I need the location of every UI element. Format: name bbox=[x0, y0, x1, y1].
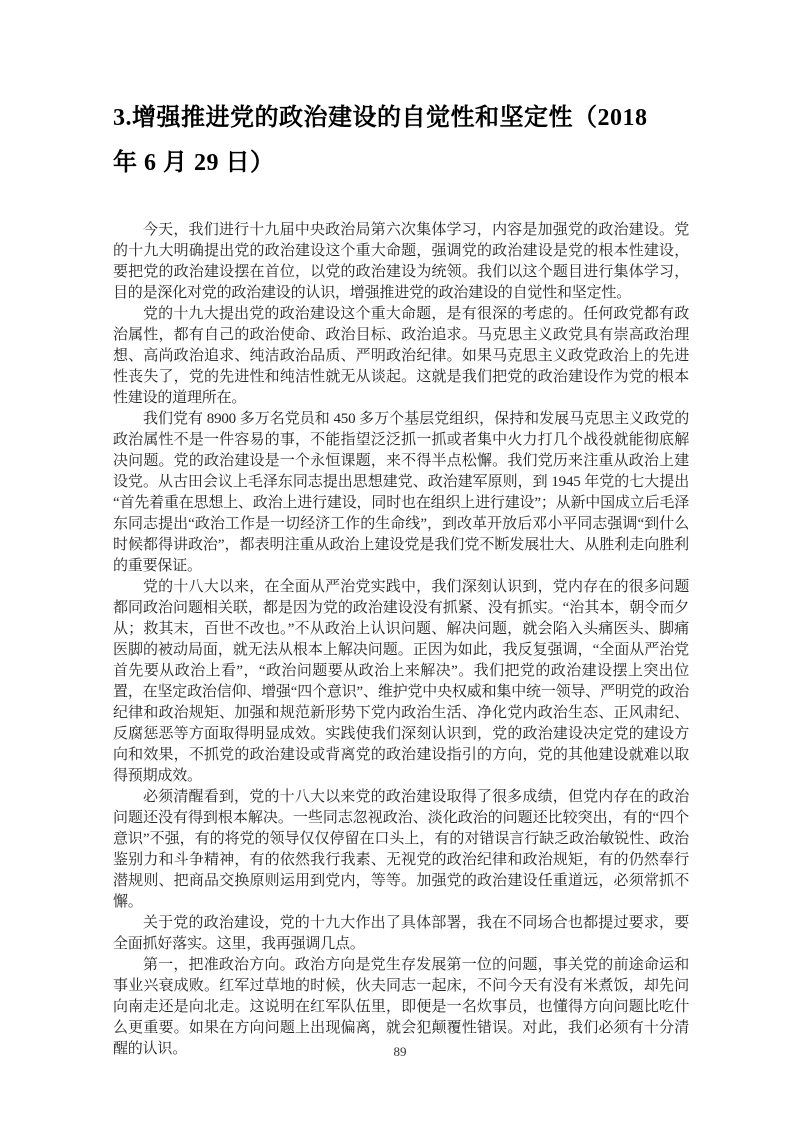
body-paragraph: 今天，我们进行十九届中央政治局第六次集体学习，内容是加强党的政治建设。党的十九大… bbox=[113, 220, 689, 304]
document-title-line2: 年 6 月 29 日） bbox=[113, 141, 689, 186]
page-number: 89 bbox=[0, 1044, 800, 1060]
body-paragraph: 党的十九大提出党的政治建设这个重大命题，是有很深的考虑的。任何政党都有政治属性，… bbox=[113, 304, 689, 409]
body-paragraph: 党的十八大以来，在全面从严治党实践中，我们深刻认识到，党内存在的很多问题都同政治… bbox=[113, 577, 689, 787]
document-body: 今天，我们进行十九届中央政治局第六次集体学习，内容是加强党的政治建设。党的十九大… bbox=[113, 220, 689, 1060]
body-paragraph: 关于党的政治建设，党的十九大作出了具体部署，我在不同场合也都提过要求，要全面抓好… bbox=[113, 913, 689, 955]
body-paragraph: 我们党有 8900 多万名党员和 450 多万个基层党组织，保持和发展马克思主义… bbox=[113, 409, 689, 577]
page-content: 3.增强推进党的政治建设的自觉性和坚定性（2018 年 6 月 29 日） 今天… bbox=[113, 96, 689, 1060]
document-page: 3.增强推进党的政治建设的自觉性和坚定性（2018 年 6 月 29 日） 今天… bbox=[0, 0, 800, 1133]
document-title-line1: 3.增强推进党的政治建设的自觉性和坚定性（2018 bbox=[113, 96, 689, 141]
body-paragraph: 必须清醒看到，党的十八大以来党的政治建设取得了很多成绩，但党内存在的政治问题还没… bbox=[113, 787, 689, 913]
document-title: 3.增强推进党的政治建设的自觉性和坚定性（2018 年 6 月 29 日） bbox=[113, 96, 689, 186]
